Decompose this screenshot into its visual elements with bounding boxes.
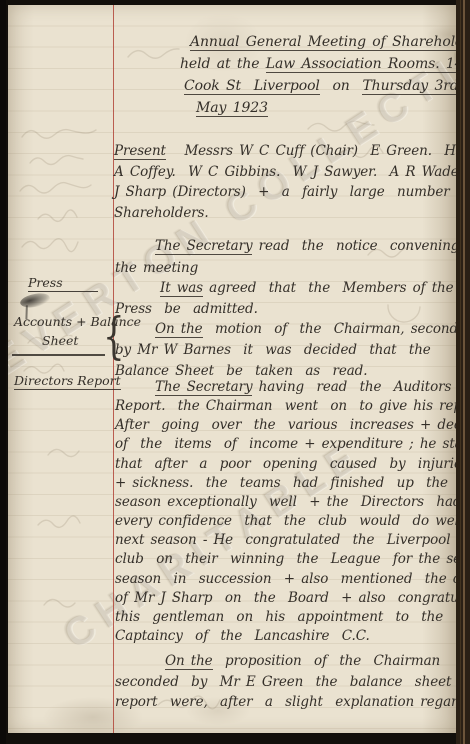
handwritten-text: proposition of the Chairman [213,653,441,669]
handwritten-text: Captaincy of the Lancashire C.C. [115,628,370,644]
underlined-text: Cook St Liverpool [184,78,320,95]
book-edge-highlight [463,0,465,744]
handwritten-line: Captaincy of the Lancashire C.C. [115,627,456,646]
handwritten-text: of Mr J Sharp on the Board + also congra… [115,590,456,606]
handwritten-text: of the items of income + expenditure ; h… [115,436,456,452]
handwritten-line: + sickness. the teams had finished up th… [115,474,456,493]
closing-paragraph: On the proposition of the Chairmansecond… [115,651,456,713]
handwritten-text: Shareholders. [114,205,209,221]
accounts-paragraph: On the motion of the Chairman, secondedb… [115,319,456,381]
handwritten-line: seconded by Mr E Green the balance sheet… [115,672,456,693]
handwritten-text: that after a poor opening caused by inju… [115,456,456,472]
margin-note-directors-report: Directors Report [14,373,121,388]
handwritten-text: season exceptionally well + the Director… [115,494,456,510]
handwritten-text: by Mr W Barnes it was decided that the [115,342,431,358]
underlined-text: Law Association Rooms. 14 [266,56,456,73]
handwritten-line: May 1923 [196,97,456,119]
handwritten-line: of Mr J Sharp on the Board + also congra… [115,589,456,608]
handwritten-line: The Secretary having read the Auditors [155,378,456,397]
handwritten-text: club on their winning the League for the… [115,551,456,567]
handwritten-line: of the items of income + expenditure ; h… [115,435,456,454]
handwritten-line: every confidence that the club would do … [115,512,456,531]
scanned-minutes-photo: EVERTON COLLECTION CHARITABLE Press Acco… [0,0,470,744]
handwritten-line: report were, after a slight explanation … [115,692,456,713]
handwritten-line: On the proposition of the Chairman [165,651,456,672]
underlined-text: It was [160,280,203,297]
handwritten-text: held at the [180,56,266,72]
handwritten-line: Shareholders. [114,203,456,224]
handwritten-text: report were, after a slight explanation … [115,694,456,710]
handwritten-line: Annual General Meeting of Shareholders [190,31,456,53]
margin-rule-line [113,5,114,733]
underlined-text: Annual General Meeting of Shareholders [190,34,456,51]
handwritten-text: Balance Sheet be taken as read. [115,363,367,379]
underlined-text: The Secretary [155,238,252,255]
handwritten-text: next season - He congratulated the Liver… [115,532,450,548]
handwritten-text: Press be admitted. [115,301,258,317]
handwritten-text: seconded by Mr E Green the balance sheet… [115,674,456,690]
handwritten-text: + sickness. the teams had finished up th… [115,475,448,491]
margin-note-accounts-line2: Sheet [42,333,78,348]
margin-note-press-text: Press [28,275,98,292]
handwritten-text: every confidence that the club would do … [115,513,456,529]
notice-paragraph: The Secretary read the notice conveningt… [115,236,456,279]
handwritten-line: Cook St Liverpool on Thursday 3rd [184,75,456,97]
underlined-text: Thursday 3rd [362,78,456,95]
underlined-text: May 1923 [196,100,268,117]
handwritten-line: The Secretary read the notice convening [155,236,456,258]
handwritten-line: held at the Law Association Rooms. 14 [180,53,456,75]
attendance-block: Present Messrs W C Cuff (Chair) E Green.… [114,141,456,223]
margin-note-directors-text: Directors Report [14,373,121,390]
handwritten-text: agreed that the Members of the [203,280,454,296]
handwritten-line: J Sharp (Directors) + a fairly large num… [114,182,456,203]
handwritten-line: Press be admitted. [115,299,454,320]
handwritten-text: motion of the Chairman, seconded [203,321,456,337]
handwritten-line: this gentleman on his appointment to the [115,608,456,627]
meeting-title-block: Annual General Meeting of Shareholdershe… [180,31,456,119]
handwritten-line: club on their winning the League for the… [115,550,456,569]
underlined-text: On the [155,321,203,338]
handwritten-line: Present Messrs W C Cuff (Chair) E Green.… [114,141,456,162]
handwritten-line: After going over the various increases +… [115,416,456,435]
underlined-text: The Secretary [155,379,252,396]
book-edge-shadow [460,0,461,744]
handwritten-line: A Coffey. W C Gibbins. W J Sawyer. A R W… [114,162,456,183]
handwritten-text: season in succession + also mentioned th… [115,571,456,587]
handwritten-line: season exceptionally well + the Director… [115,493,456,512]
handwritten-line: next season - He congratulated the Liver… [115,531,456,550]
margin-note-underline [12,354,105,356]
press-paragraph: It was agreed that the Members of thePre… [115,278,454,320]
handwritten-line: It was agreed that the Members of the [160,278,454,299]
handwritten-line: that after a poor opening caused by inju… [115,455,456,474]
margin-note-press: Press [28,275,98,292]
handwritten-text: A Coffey. W C Gibbins. W J Sawyer. A R W… [114,164,456,180]
handwritten-text: Messrs W C Cuff (Chair) E Green. H Banks [166,143,456,159]
underlined-text: On the [165,653,213,670]
handwritten-text: the meeting [115,260,198,276]
handwritten-text: J Sharp (Directors) + a fairly large num… [114,184,456,200]
handwritten-line: season in succession + also mentioned th… [115,570,456,589]
handwritten-line: by Mr W Barnes it was decided that the [115,340,456,361]
handwritten-line: Report. the Chairman went on to give his… [115,397,456,416]
handwritten-text: on [320,78,363,94]
handwritten-line: the meeting [115,258,456,280]
handwritten-text: having read the Auditors [252,379,451,395]
handwritten-text: this gentleman on his appointment to the [115,609,443,625]
handwritten-text: read the notice convening [252,238,456,254]
ledger-page: EVERTON COLLECTION CHARITABLE Press Acco… [8,5,456,733]
directors-report-paragraph: The Secretary having read the AuditorsRe… [115,378,456,646]
underlined-text: Present [114,143,166,160]
handwritten-line: On the motion of the Chairman, seconded [155,319,456,340]
handwritten-text: After going over the various increases +… [115,417,456,433]
handwritten-text: Report. the Chairman went on to give his… [115,398,456,414]
